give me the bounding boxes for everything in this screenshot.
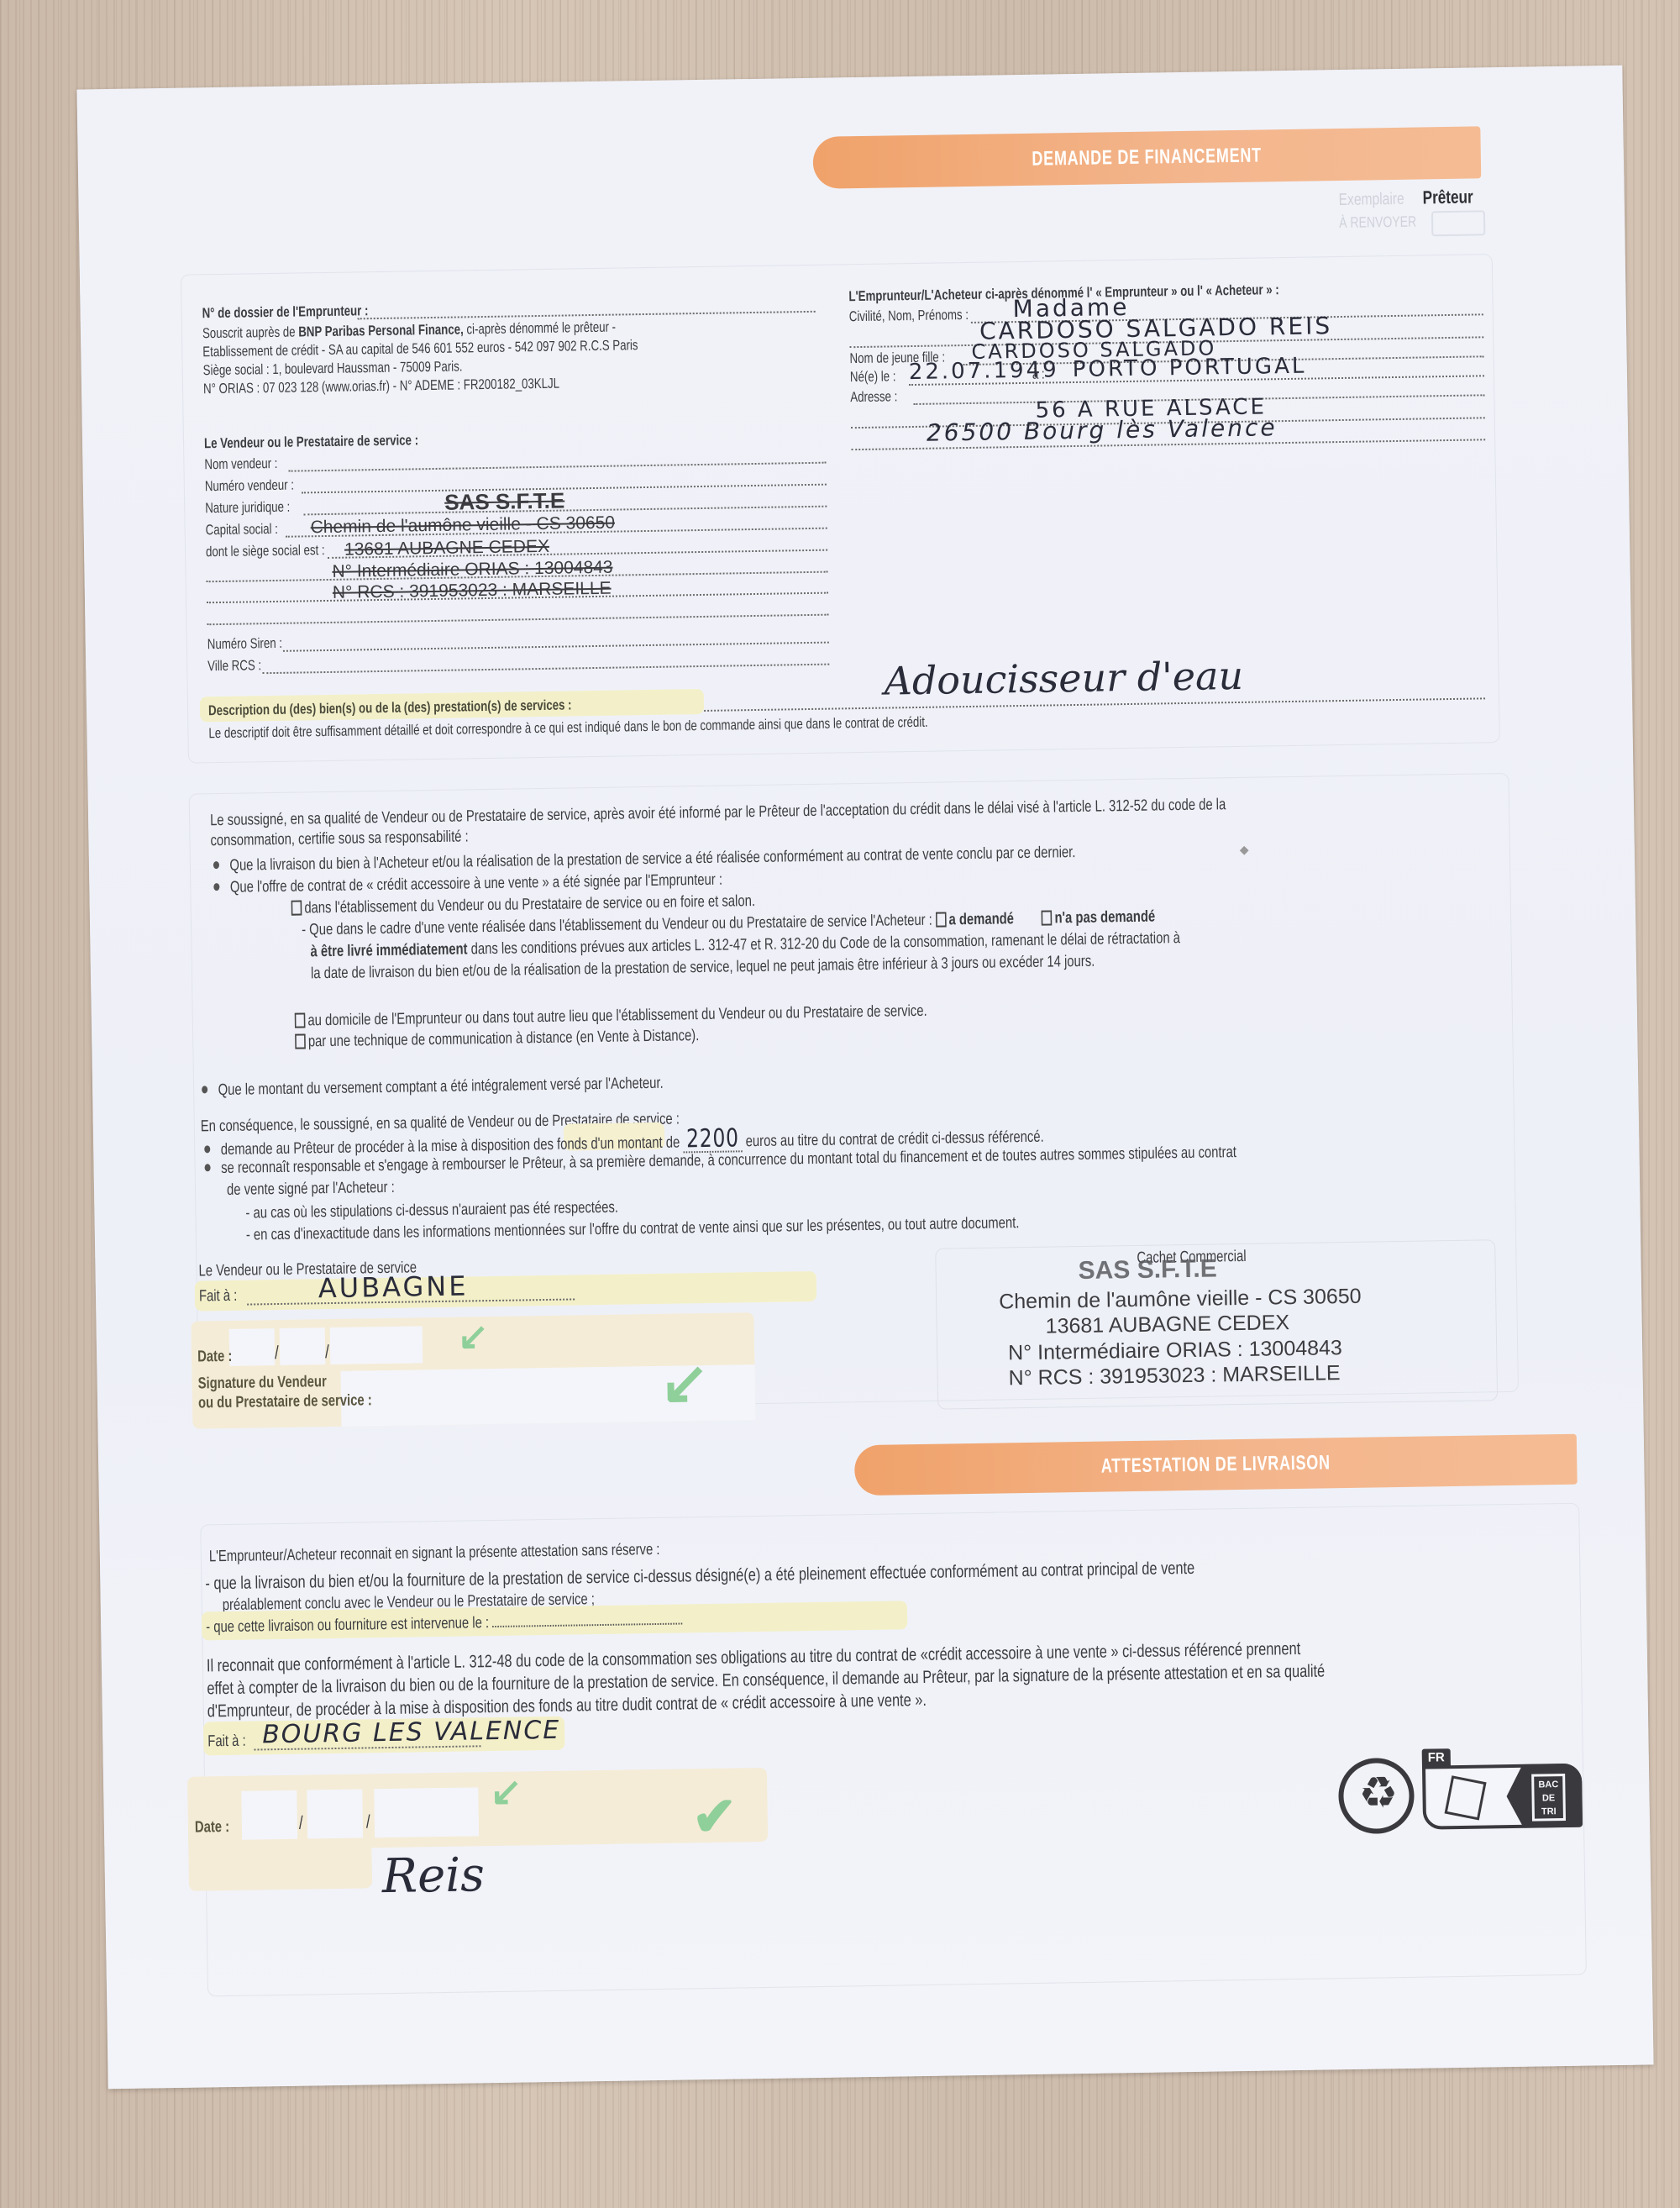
vendor-signature-label1: Signature du Vendeur [197,1373,326,1392]
vendor-signature-label2: ou du Prestataire de service : [198,1391,372,1412]
vendor-siege-label: dont le siège social est : [206,541,325,560]
arrow-down-left-icon: ↙ [490,1772,522,1811]
date-sep: / [366,1812,370,1830]
vendor-fait-label: Fait à : [199,1287,238,1306]
att-date-day[interactable] [241,1790,297,1840]
vendor-date-label: Date : [197,1348,233,1366]
att-fait-value[interactable]: BOURG LES VALENCE [262,1716,561,1750]
vendor-fait-value[interactable]: AUBAGNE [318,1270,469,1304]
att-date-month[interactable] [307,1790,363,1839]
amount-value[interactable]: 2200 [686,1123,739,1154]
date-sep: / [325,1343,329,1360]
birth-place-label: à : [1032,365,1045,383]
arrow-down-left-icon: ↙ [659,1353,710,1412]
section-banner-attestation: ATTESTATION DE LIVRAISON [854,1434,1578,1496]
checkbox-na-pas-demande[interactable] [1042,910,1053,925]
vendor-nature-label: Nature juridique : [205,498,290,518]
arrow-down-left-icon: ↙ [457,1318,489,1356]
vendor-nature-value: SAS S.F.T.E [444,488,565,516]
checkmark-icon: ✔ [691,1790,738,1844]
vendor-siren-label: Numéro Siren : [207,634,282,653]
section-banner-financement: DEMANDE DE FINANCEMENT [812,126,1481,188]
birth-label: Né(e) le : [850,367,896,386]
document-page: DEMANDE DE FINANCEMENT Exemplaire Prêteu… [76,66,1653,2090]
att-date-year[interactable] [374,1787,479,1837]
address-line2[interactable]: 26500 Bourg lès Valence [927,413,1278,447]
vendor-siege-value: 13681 AUBAGNE CEDEX [344,537,549,560]
banner-title: DEMANDE DE FINANCEMENT [1032,144,1262,171]
date-sep: / [275,1343,279,1361]
date-sep: / [299,1814,303,1832]
vendor-numero-label: Numéro vendeur : [205,476,294,496]
checkbox-a-demande[interactable] [936,912,947,927]
bullet-icon [213,883,219,891]
address-label: Adresse : [850,387,897,406]
description-value[interactable]: Adoucisseur d'eau [884,653,1243,704]
stamp-line3: 13681 AUBAGNE CEDEX [1045,1311,1289,1339]
stamp-line1: SAS S.F.T.E [1078,1254,1217,1285]
att-date-label: Date : [195,1818,230,1837]
att-fait-label: Fait à : [207,1732,246,1751]
renvoyer-label: À RENVOYER [1339,213,1416,232]
att-date-zone-tail [188,1832,372,1890]
bin-icon: BAC DE TRI [1531,1774,1566,1822]
paper-icon [1445,1775,1487,1820]
envelope-icon [1431,210,1485,236]
diamond-icon: ◆ [1240,843,1249,857]
vendor-nom-label: Nom vendeur : [204,455,277,473]
civilite-label: Civilité, Nom, Prénoms : [849,306,969,325]
stamp-line5: N° RCS : 391953023 : MARSEILLE [1008,1361,1340,1391]
vendor-date-year[interactable] [330,1326,423,1364]
vendor-capital-label: Capital social : [206,520,279,539]
bullet-icon [213,861,219,869]
vendor-date-month[interactable] [280,1327,326,1365]
vendor-heading: Le Vendeur ou le Prestataire de service … [204,431,418,452]
cert-bullet5b: de vente signé par l'Acheteur : [227,1179,395,1199]
dossier-label: N° de dossier de l'Emprunteur : [202,302,368,322]
banner-title: ATTESTATION DE LIVRAISON [1101,1451,1331,1478]
bullet-icon [205,1164,211,1171]
tri-info-logo: FR BAC DE TRI [1422,1747,1588,1832]
delivery-date-field[interactable] [492,1611,682,1627]
checkbox-etablissement[interactable] [291,901,302,916]
checkbox-distance[interactable] [295,1033,306,1049]
vendor-ville-rcs-label: Ville RCS : [207,656,261,675]
checkbox-domicile[interactable] [295,1012,306,1028]
borrower-signature[interactable]: Reis [381,1848,485,1904]
exemplaire-label: Exemplaire [1339,191,1404,209]
bullet-icon [202,1086,207,1093]
bullet-icon [204,1145,210,1153]
exemplaire-value: Prêteur [1422,188,1473,207]
person-icon: ♻ [1358,1771,1398,1816]
vendor-date-day[interactable] [229,1328,276,1366]
